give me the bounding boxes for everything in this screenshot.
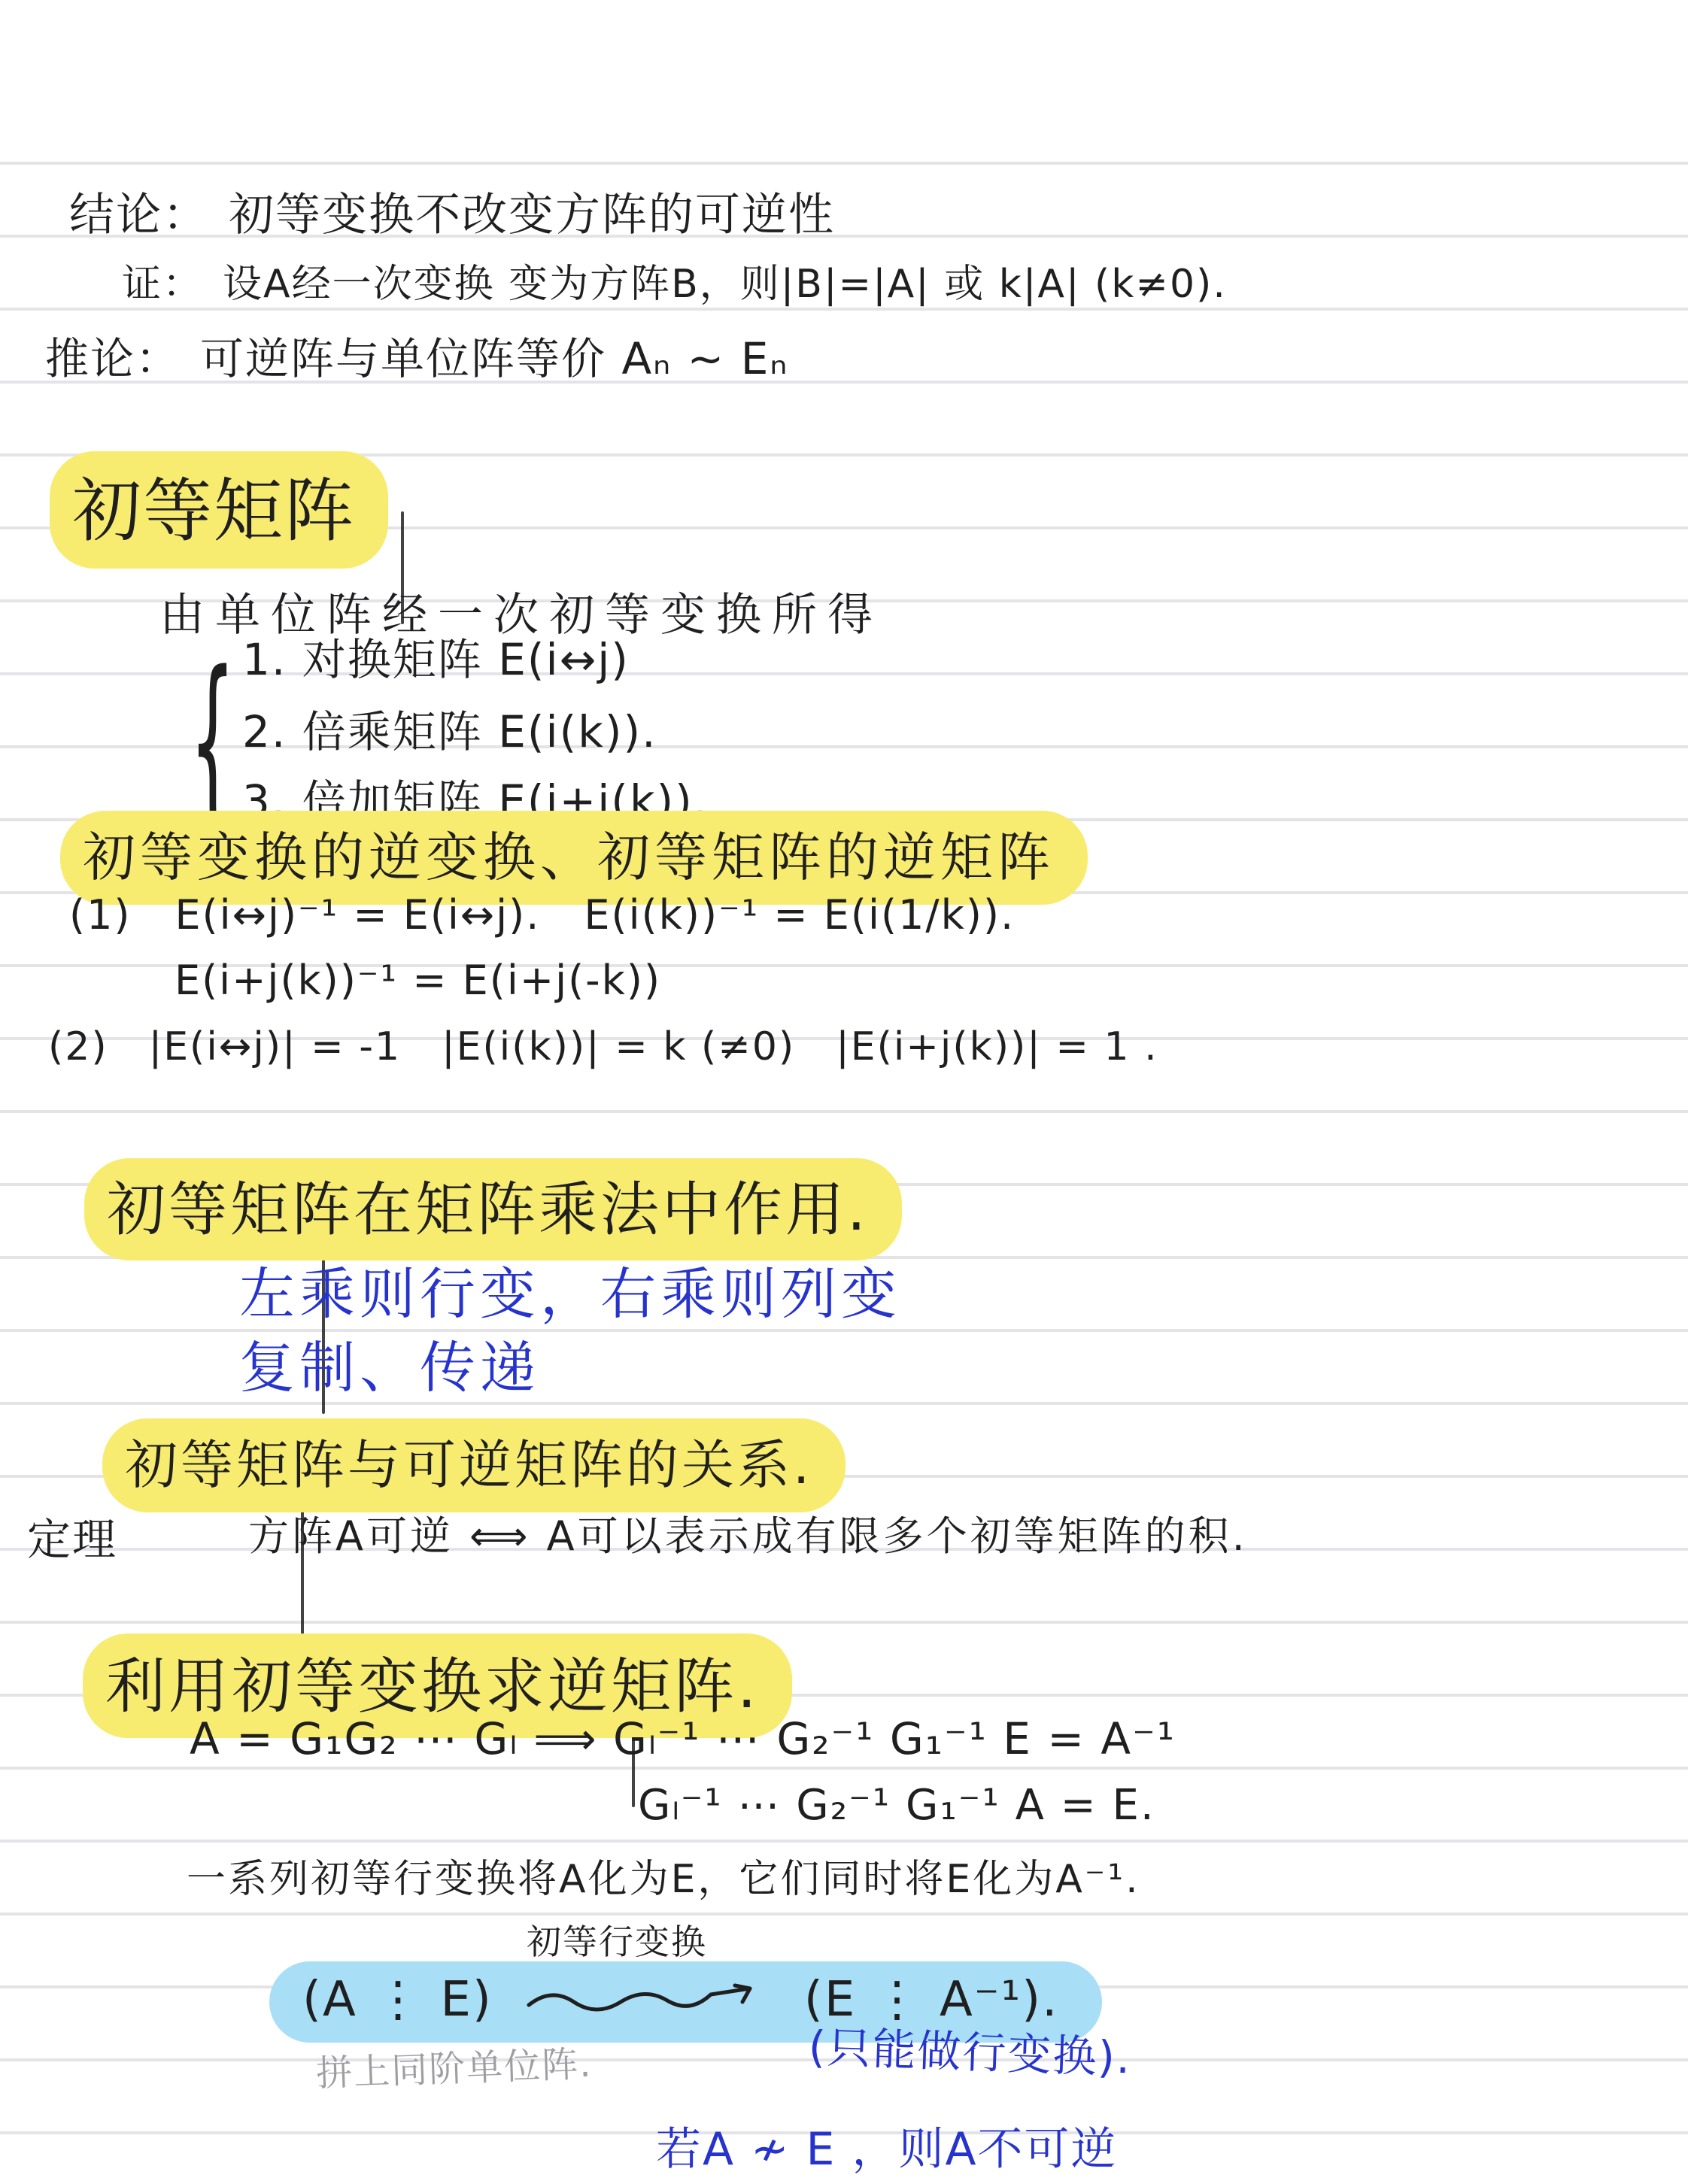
inverse-row-1: (1) E(i↔j)⁻¹ = E(i↔j). E(i(k))⁻¹ = E(i(1… — [69, 891, 1015, 939]
inverse-row-2: E(i+j(k))⁻¹ = E(i+j(-k)) — [175, 957, 661, 1004]
equation: E(i↔j)⁻¹ = E(i↔j). — [175, 891, 541, 939]
corollary-label: 推论： — [45, 333, 181, 384]
section5-title: 利用初等变换求逆矩阵. — [105, 1652, 759, 1721]
theorem-label: 定理 — [27, 1504, 117, 1567]
item-number: (1) — [69, 891, 132, 939]
gray-note-augment: 拼上同阶单位阵. — [315, 2035, 593, 2097]
item-number: (2) — [48, 1024, 108, 1069]
list-item: 1. 对换矩阵 E(i↔j) — [242, 624, 630, 687]
conclusion-line: 结论：初等变换不改变方阵的可逆性 — [69, 179, 835, 244]
section3-heading: 初等矩阵在矩阵乘法中作用. — [84, 1158, 902, 1260]
augmented-AE: (A ⋮ E) — [302, 1972, 493, 2028]
equation: |E(i↔j)| = -1 — [149, 1024, 401, 1069]
conclusion-text: 初等变换不改变方阵的可逆性 — [229, 189, 835, 241]
highlight-yellow-pill: 初等矩阵在矩阵乘法中作用. — [84, 1158, 902, 1260]
proof-line: 证：设A经一次变换 变为方阵B，则|B|=|A| 或 k|A| (k≠0). — [122, 252, 1227, 308]
blue-note-multiply: 左乘则行变，右乘则列变 — [239, 1250, 901, 1330]
section1-title: 初等矩阵 — [72, 471, 355, 551]
flow-arrow-label: 初等行变换 — [527, 1915, 707, 1964]
section1-heading: 初等矩阵 — [50, 451, 388, 569]
section3-title: 初等矩阵在矩阵乘法中作用. — [107, 1176, 869, 1244]
theorem-text: 方阵A可逆 ⟺ A可以表示成有限多个初等矩阵的积. — [248, 1504, 1248, 1562]
determinant-row: (2) |E(i↔j)| = -1 |E(i(k))| = k (≠0) |E(… — [48, 1024, 1158, 1069]
proof-text: 设A经一次变换 变为方阵B，则|B|=|A| 或 k|A| (k≠0). — [223, 262, 1227, 307]
corollary-text: 可逆阵与单位阵等价 Aₙ ∼ Eₙ — [200, 333, 788, 384]
section2-title: 初等变换的逆变换、初等矩阵的逆矩阵 — [83, 827, 1055, 888]
highlight-yellow-pill: 初等矩阵 — [50, 451, 388, 569]
blue-note-not-invertible: 若A ≁ E ，则A不可逆 — [656, 2113, 1118, 2178]
highlight-yellow-pill: 初等矩阵与可逆矩阵的关系. — [102, 1418, 846, 1512]
blue-note-copy: 复制、传递 — [239, 1324, 540, 1403]
notebook-page: 结论：初等变换不改变方阵的可逆性 证：设A经一次变换 变为方阵B，则|B|=|A… — [0, 0, 1688, 2184]
formula-product: A = G₁G₂ ⋯ Gₗ ⟹ Gₗ⁻¹ ⋯ G₂⁻¹ G₁⁻¹ E = A⁻¹ — [190, 1713, 1176, 1764]
section4-title: 初等矩阵与可逆矩阵的关系. — [125, 1434, 812, 1496]
explanation-line: 一系列初等行变换将A化为E，它们同时将E化为A⁻¹. — [187, 1847, 1140, 1903]
equation: |E(i+j(k))| = 1 . — [836, 1024, 1158, 1069]
formula-reduce: Gₗ⁻¹ ⋯ G₂⁻¹ G₁⁻¹ A = E. — [638, 1781, 1155, 1830]
corollary-line: 推论：可逆阵与单位阵等价 Aₙ ∼ Eₙ — [45, 323, 788, 387]
blue-note-rows-only: (只能做行变换). — [808, 2012, 1133, 2086]
proof-label: 证： — [122, 262, 203, 307]
equation: |E(i(k))| = k (≠0) — [442, 1024, 795, 1069]
conclusion-label: 结论： — [69, 189, 209, 241]
wavy-arrow-icon — [524, 1979, 773, 2020]
equation: E(i(k))⁻¹ = E(i(1/k)). — [584, 891, 1015, 939]
list-item: 2. 倍乘矩阵 E(i(k)). — [242, 696, 657, 760]
section4-heading: 初等矩阵与可逆矩阵的关系. — [102, 1418, 846, 1512]
